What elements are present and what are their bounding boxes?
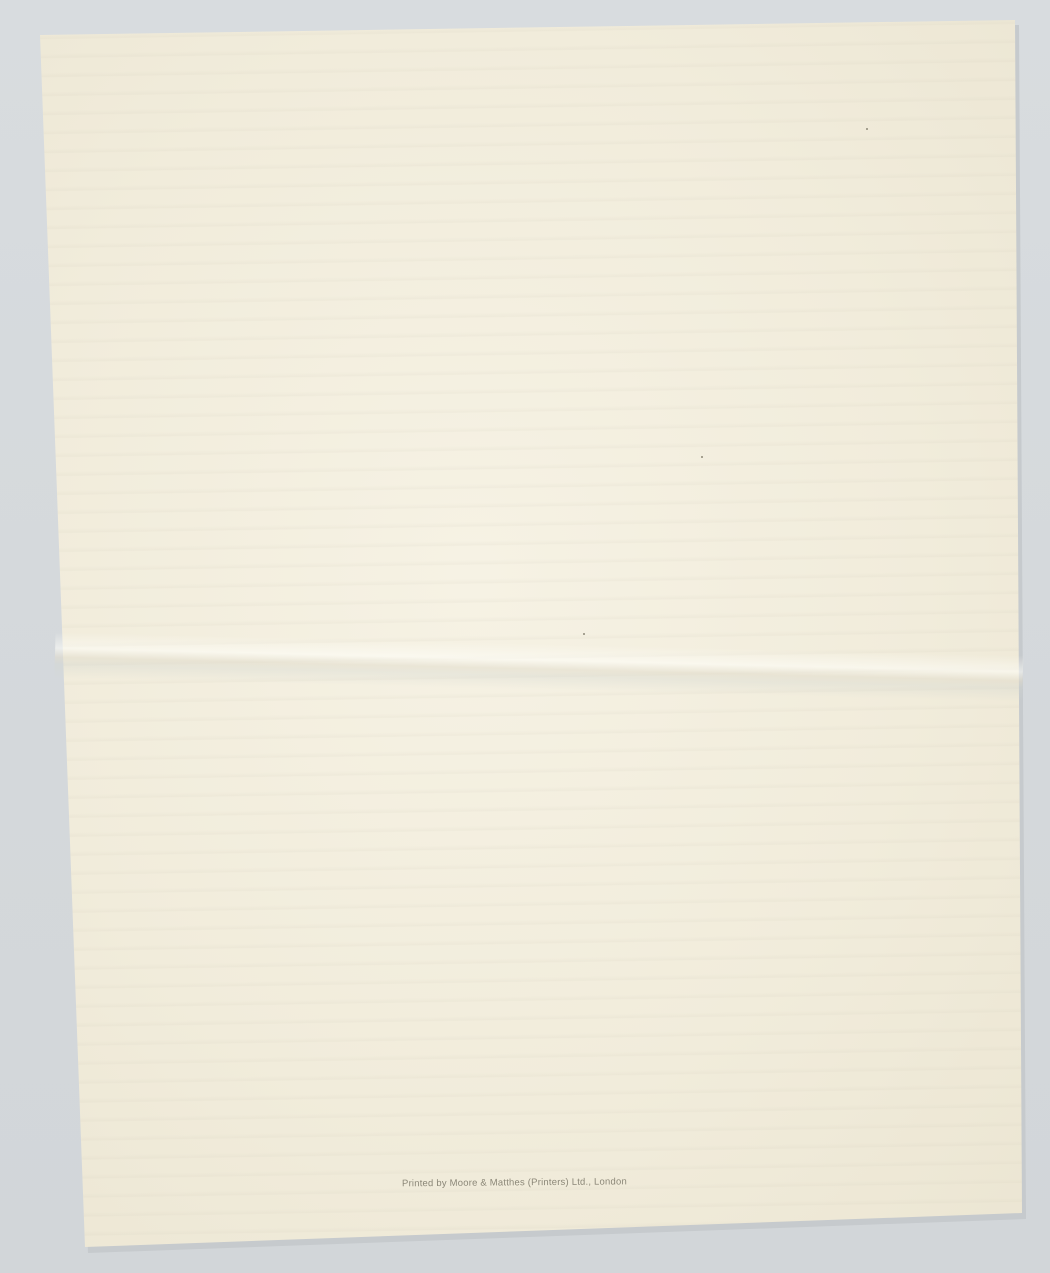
paper-speck xyxy=(701,456,703,458)
paper-speck xyxy=(583,633,585,635)
paper-speck xyxy=(866,128,868,130)
